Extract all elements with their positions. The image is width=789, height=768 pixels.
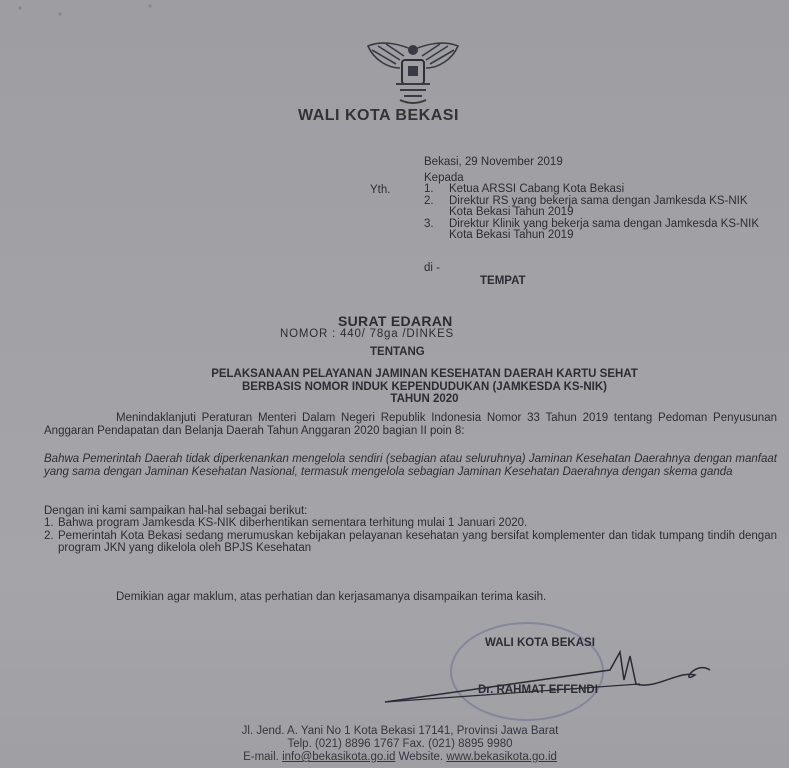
circular-title: SURAT EDARAN [338,313,453,329]
recipient-item: 1.Ketua ARSSI Cabang Kota Bekasi [424,184,789,196]
signature-icon [380,640,720,710]
body-paragraph-intro: Dengan ini kami sampaikan hal-hal sebaga… [44,505,777,518]
letterhead-title: WALI KOTA BEKASI [298,107,459,125]
footer-contact: E-mail. info@bekasikota.go.id Website. w… [150,751,650,764]
website-link[interactable]: www.bekasikota.go.id [446,751,557,763]
points-list: 1.Bahwa program Jamkesda KS-NIK diberhen… [44,517,777,555]
recipient-item: 3.Direktur Klinik yang bekerja sama deng… [424,219,784,242]
point-item: 2.Pemerintah Kota Bekasi sedang merumusk… [44,530,777,555]
footer-address: Jl. Jend. A. Yani No 1 Kota Bekasi 17141… [150,725,650,738]
footer-phone: Telp. (021) 8896 1767 Fax. (021) 8895 99… [150,738,650,751]
tempat-label: TEMPAT [480,275,526,287]
di-label: di - [424,262,440,274]
signatory-title: WALI KOTA BEKASI [485,637,595,649]
tentang-label: TENTANG [370,346,425,358]
ink-bleed-marks [0,0,300,22]
closing-paragraph: Demikian agar maklum, atas perhatian dan… [44,591,777,604]
signatory-name: Dr. RAHMAT EFFENDI [478,684,598,696]
yth-label: Yth. [370,184,390,196]
recipient-list: 1.Ketua ARSSI Cabang Kota Bekasi 2.Direk… [424,184,789,242]
body-paragraph-1: Menindaklanjuti Peraturan Menteri Dalam … [44,412,777,437]
point-item: 1.Bahwa program Jamkesda KS-NIK diberhen… [44,517,777,530]
letter-date: Bekasi, 29 November 2019 [424,156,563,168]
circular-subject: PELAKSANAAN PELAYANAN JAMINAN KESEHATAN … [60,368,789,406]
circular-number: NOMOR : 440/ 78ga /DINKES [280,328,454,340]
recipient-item: 2.Direktur RS yang bekerja sama dengan J… [424,196,764,219]
letter-footer: Jl. Jend. A. Yani No 1 Kota Bekasi 17141… [150,725,650,764]
garuda-emblem-icon [360,38,466,108]
body-paragraph-quote: Bahwa Pemerintah Daerah tidak diperkenan… [44,453,777,478]
email-link[interactable]: info@bekasikota.go.id [282,751,395,763]
